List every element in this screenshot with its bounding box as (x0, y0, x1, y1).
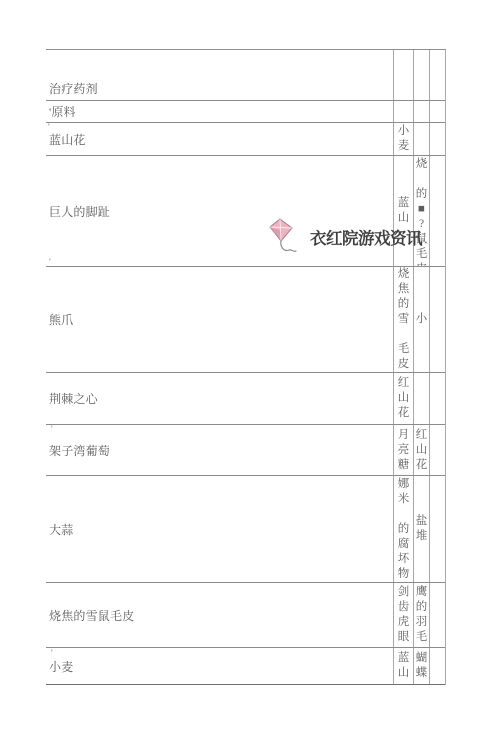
ingredient-name: 荆棘之心 (49, 390, 393, 407)
pair2-text: 小 (414, 312, 429, 327)
pair1-text: 红 山 花 (394, 376, 413, 421)
pair1-cell: 小 麦 (393, 123, 413, 155)
ingredient-name-cell: 架子湾葡萄 (46, 425, 393, 475)
ingredient-name: 大蒜 (49, 521, 393, 538)
table-row: 蓝山花 小 麦 (46, 123, 445, 156)
pair2-text: 盐 堆 (414, 514, 429, 544)
stray-tick-mark: ' (49, 259, 51, 265)
ingredient-name: 蓝山花 (49, 131, 393, 148)
pair2-cell (413, 50, 429, 100)
pair1-cell: 红 山 花 (393, 373, 413, 424)
pair2-cell: 蝴 蝶 (413, 648, 429, 684)
pair1-cell: 烧 焦 的 雪 毛 皮 (393, 267, 413, 372)
site-watermark: 衣红院游戏资讯 (268, 218, 422, 258)
stray-tick-mark: ' (48, 124, 50, 130)
kite-icon (268, 218, 300, 258)
pair2-cell: 红 山 花 (413, 425, 429, 475)
pair1-text: 娜 米 的 腐 坏 物 (394, 477, 413, 582)
ingredient-name: 烧焦的雪鼠毛皮 (49, 607, 393, 624)
ingredient-name-cell: 荆棘之心 (46, 373, 393, 424)
ingredient-name-cell: 治疗药剂 (46, 50, 393, 100)
pair1-cell (393, 50, 413, 100)
pair1-cell: 月 亮 糖 (393, 425, 413, 475)
pair2-text: 鹰 的 羽 毛 (414, 585, 429, 645)
pair1-cell: 蓝 山 (393, 648, 413, 684)
empty-cell (429, 50, 445, 100)
empty-cell (429, 156, 445, 266)
table-row: 架子湾葡萄 月 亮 糖 红 山 花 (46, 425, 445, 476)
pair2-cell (413, 123, 429, 155)
pair2-cell (413, 101, 429, 122)
pair2-cell: 盐 堆 (413, 476, 429, 582)
ingredient-name-cell: 蓝山花 (46, 123, 393, 155)
empty-cell (429, 583, 445, 647)
table-row: 熊爪 烧 焦 的 雪 毛 皮 小 (46, 267, 445, 373)
ingredient-name: 巨人的脚趾 (49, 203, 393, 220)
stray-tick-mark: ' (51, 426, 53, 432)
table-row: 治疗药剂 (46, 50, 445, 101)
watermark-text: 衣红院游戏资讯 (310, 225, 422, 249)
ingredient-name: 小麦 (49, 658, 393, 675)
ingredient-name: '原料 (49, 103, 393, 120)
pair2-text: 红 山 花 (414, 428, 429, 473)
pair1-text: 蓝 山 (394, 651, 413, 681)
pair1-text: 烧 焦 的 雪 毛 皮 (394, 267, 413, 372)
pair1-text: 小 麦 (394, 124, 413, 154)
pair2-cell: 鹰 的 羽 毛 (413, 583, 429, 647)
pair1-cell (393, 101, 413, 122)
table-row: '原料 (46, 101, 445, 123)
pair2-cell (413, 373, 429, 424)
ingredient-name: 治疗药剂 (49, 80, 393, 97)
ingredient-name-cell: 熊爪 (46, 267, 393, 372)
empty-cell (429, 476, 445, 582)
table-row: 荆棘之心 红 山 花 (46, 373, 445, 425)
empty-cell (429, 648, 445, 684)
stray-tick-mark: ' (51, 650, 53, 656)
pair2-text: 蝴 蝶 (414, 651, 429, 681)
ingredient-name-cell: 大蒜 (46, 476, 393, 582)
ingredient-name: 架子湾葡萄 (49, 442, 393, 459)
scanned-document: 治疗药剂 '原料 蓝山花 小 麦 巨人的脚趾 蓝 山 烧 的 ■ ? 鼠 毛 皮… (0, 0, 500, 748)
table-row: 大蒜 娜 米 的 腐 坏 物 盐 堆 (46, 476, 445, 583)
table-row: 小麦 蓝 山 蝴 蝶 (46, 648, 445, 685)
pair1-text: 月 亮 糖 (394, 428, 413, 473)
empty-cell (429, 123, 445, 155)
table-row: 烧焦的雪鼠毛皮 剑 齿 虎 眼 鹰 的 羽 毛 (46, 583, 445, 648)
ingredient-name-cell: 小麦 (46, 648, 393, 684)
ingredient-name: 熊爪 (49, 311, 393, 328)
ingredient-name-cell: '原料 (46, 101, 393, 122)
pair1-cell: 娜 米 的 腐 坏 物 (393, 476, 413, 582)
alchemy-ingredients-table: 治疗药剂 '原料 蓝山花 小 麦 巨人的脚趾 蓝 山 烧 的 ■ ? 鼠 毛 皮… (46, 49, 446, 685)
empty-cell (429, 267, 445, 372)
pair1-text: 剑 齿 虎 眼 (394, 585, 413, 645)
empty-cell (429, 373, 445, 424)
pair2-cell: 小 (413, 267, 429, 372)
ingredient-name-cell: 烧焦的雪鼠毛皮 (46, 583, 393, 647)
pair1-cell: 剑 齿 虎 眼 (393, 583, 413, 647)
empty-cell (429, 101, 445, 122)
empty-cell (429, 425, 445, 475)
